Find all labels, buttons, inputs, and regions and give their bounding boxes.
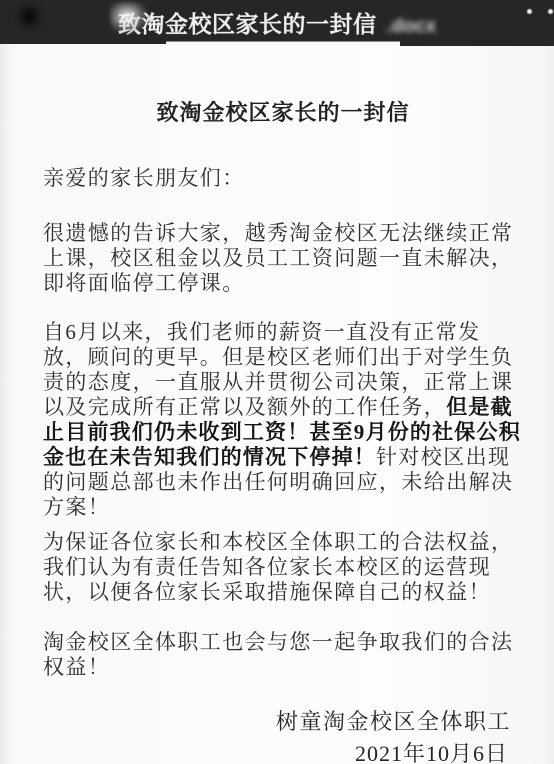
- letter-paragraph-3: 为保证各位家长和本校区全体职工的合法权益，我们认为有责任告知各位家长本校区的运营…: [43, 530, 523, 605]
- header-bar: 致淘金校区家长的一封信 .docx: [0, 0, 554, 48]
- header-document-title: 致淘金校区家长的一封信: [118, 6, 377, 39]
- file-extension-label: .docx: [386, 16, 436, 38]
- letter-title: 致淘金校区家长的一封信: [43, 98, 523, 128]
- header-content: 致淘金校区家长的一封信 .docx: [0, 6, 554, 39]
- signature: 树童淘金校区全体职工: [43, 706, 511, 738]
- letter-greeting: 亲爱的家长朋友们：: [43, 166, 523, 191]
- letter-paragraph-1: 很遗憾的告诉大家，越秀淘金校区无法继续正常上课，校区租金以及员工工资问题一直未解…: [43, 221, 523, 296]
- letter-date: 2021年10月6日: [43, 738, 511, 764]
- dot-icon: [527, 9, 532, 14]
- letter-document: 致淘金校区家长的一封信 亲爱的家长朋友们： 很遗憾的告诉大家，越秀淘金校区无法继…: [0, 46, 554, 764]
- letter-paragraph-4: 淘金校区全体职工也会与您一起争取我们的合法权益！: [43, 630, 523, 680]
- more-dots-icon[interactable]: [527, 9, 553, 14]
- letter-paragraph-2: 自6月以来，我们老师的薪资一直没有正常发放，顾问的更早。但是校区老师们出于对学生…: [43, 320, 523, 520]
- paragraph-2-regular-text: 自6月以来，我们老师的薪资一直没有正常发放，顾问的更早。但是校区老师们出于对学生…: [43, 320, 513, 419]
- dot-icon: [548, 9, 553, 14]
- smudge-overlay: [110, 2, 148, 34]
- signature-block: 树童淘金校区全体职工 2021年10月6日: [43, 706, 523, 764]
